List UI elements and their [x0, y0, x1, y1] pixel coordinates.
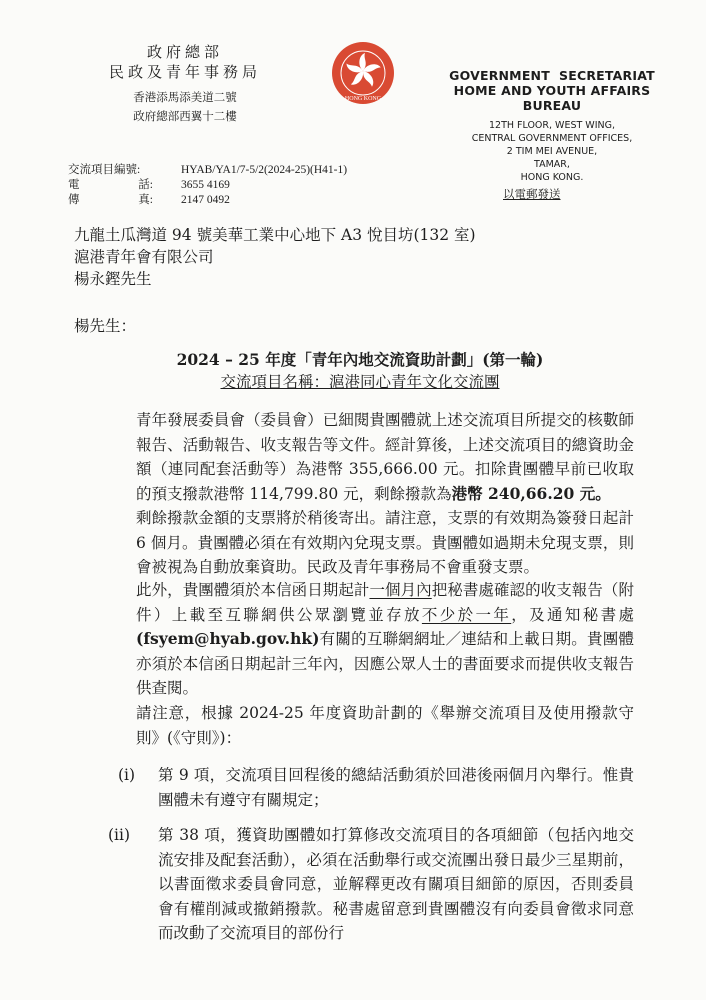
cn-org-line1: 政府總部 [60, 42, 310, 62]
hong-kong-emblem-icon: HONG KONG [330, 40, 396, 106]
en-letterhead: GOVERNMENT SECRETARIAT HOME AND YOUTH AF… [432, 68, 672, 184]
en-address-line: HONG KONG. [432, 171, 672, 184]
project-no-label: 交流項目編號: [68, 163, 181, 178]
subject-block: 2024 – 25 年度「青年內地交流資助計劃」(第一輪) 交流項目名稱：滬港同… [120, 348, 600, 394]
paragraph-guidelines: 請注意，根據 2024-25 年度資助計劃的《舉辦交流項目及使用撥款守則》(《守… [74, 701, 634, 750]
tel-number: 3655 4169 [181, 178, 230, 193]
list-item: (ii) 第 38 項，獲資助團體如打算修改交流項目的各項細節（包括內地交流安排… [108, 823, 634, 946]
project-no: HYAB/YA1/7-5/2(2024-25)(H41-1) [181, 163, 347, 178]
paragraph-upload: 此外，貴團體須於本信函日期起計一個月內把秘書處確認的收支報告（附件）上載至互聯網… [74, 578, 634, 701]
cn-address-line1: 香港添馬添美道二號 [60, 88, 310, 107]
recipient-organisation: 滬港青年會有限公司 [74, 246, 476, 268]
en-address-line: 2 TIM MEI AVENUE, [432, 145, 672, 158]
en-org-line1: GOVERNMENT SECRETARIAT [432, 68, 672, 83]
delivery-note: 以電郵發送 [503, 186, 561, 202]
en-address-line: 12TH FLOOR, WEST WING, [432, 119, 672, 132]
list-item: (i) 第 9 項，交流項目回程後的總結活動須於回港後兩個月內舉行。惟貴團體未有… [118, 763, 634, 812]
en-org-line2: HOME AND YOUTH AFFAIRS BUREAU [432, 83, 672, 113]
en-address-line: TAMAR, [432, 158, 672, 171]
paragraph-cheque: 剩餘撥款金額的支票將於稍後寄出。請注意，支票的有效期為簽發日起計 6 個月。貴團… [74, 506, 634, 580]
paragraph-funding: 青年發展委員會（委員會）已細閱貴團體就上述交流項目所提交的核數師報告、活動報告、… [74, 408, 634, 506]
email-address: (fsyem@hyab.gov.hk) [136, 629, 319, 648]
remaining-amount: 港幣 240,66.20 元。 [452, 484, 611, 503]
tel-label: 電話: [68, 178, 153, 193]
cn-letterhead: 政府總部 民政及青年事務局 香港添馬添美道二號 政府總部西翼十二樓 [60, 42, 310, 126]
subject-line1: 2024 – 25 年度「青年內地交流資助計劃」(第一輪) [120, 348, 600, 371]
salutation: 楊先生： [74, 314, 136, 336]
reference-block: 交流項目編號: HYAB/YA1/7-5/2(2024-25)(H41-1) 電… [68, 163, 347, 208]
recipient-block: 九龍土瓜灣道 94 號美華工業中心地下 A3 悅目坊(132 室) 滬港青年會有… [74, 224, 476, 290]
recipient-name: 楊永鏗先生 [74, 268, 476, 290]
cn-address-line2: 政府總部西翼十二樓 [60, 107, 310, 126]
en-address-line: CENTRAL GOVERNMENT OFFICES, [432, 132, 672, 145]
cn-org-line2: 民政及青年事務局 [60, 62, 310, 82]
svg-text:HONG KONG: HONG KONG [345, 96, 382, 102]
fax-number: 2147 0492 [181, 193, 230, 208]
recipient-address: 九龍土瓜灣道 94 號美華工業中心地下 A3 悅目坊(132 室) [74, 224, 476, 246]
subject-line2: 交流項目名稱：滬港同心青年文化交流團 [120, 371, 600, 394]
fax-label: 傳真: [68, 193, 153, 208]
